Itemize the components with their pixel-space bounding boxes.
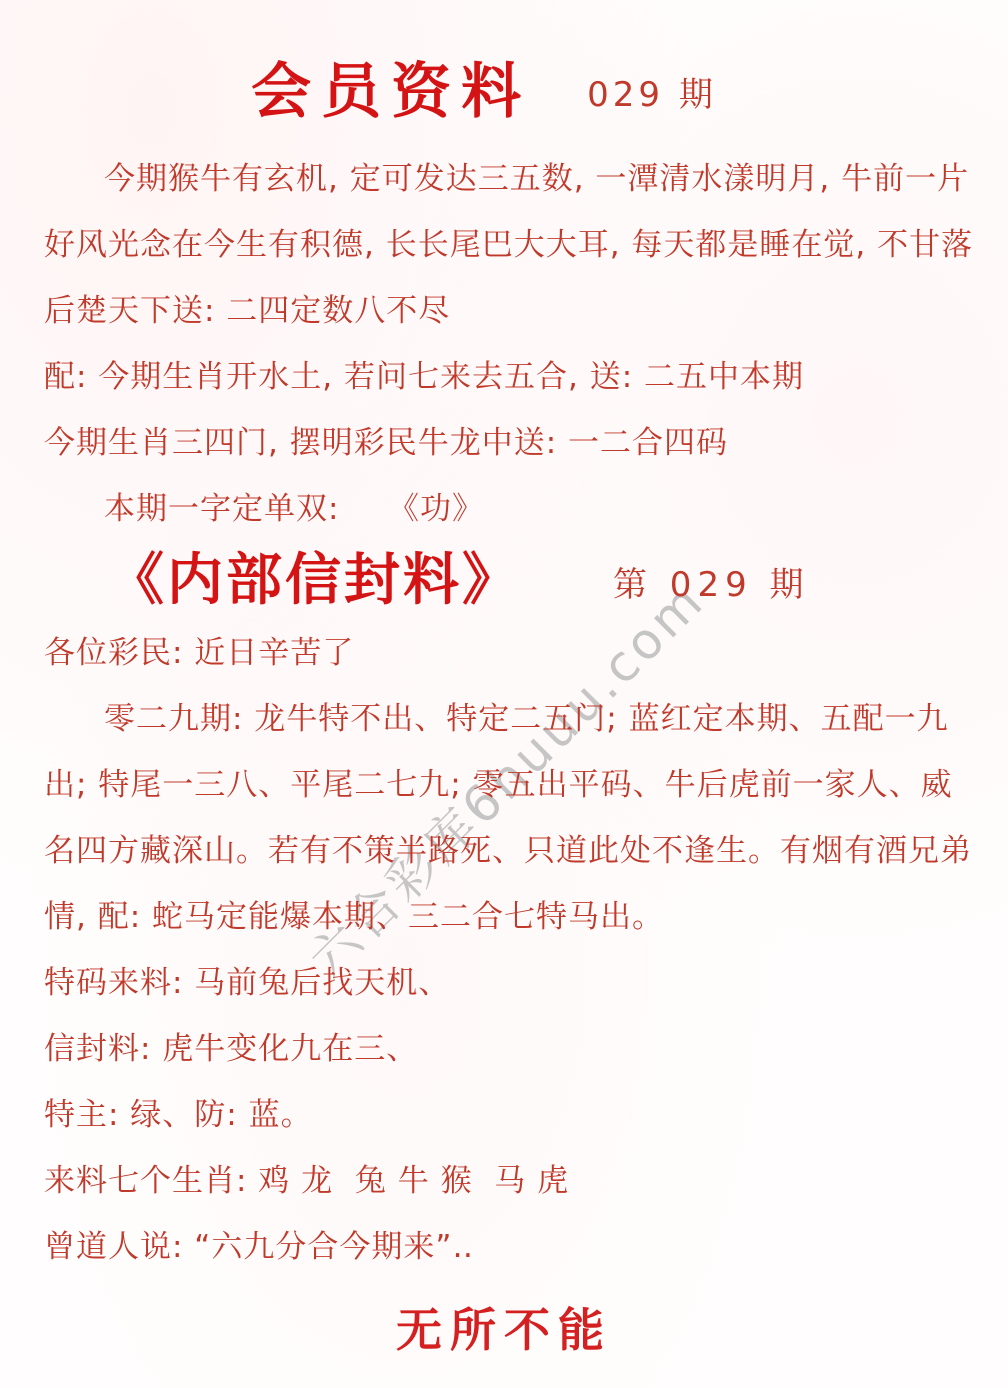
text-line: 配: 今期生肖开水土, 若问七来去五合, 送: 二五中本期: [44, 344, 964, 410]
text-line: 今期生肖三四门, 摆明彩民牛龙中送: 一二合四码: [44, 410, 964, 476]
zodiac-list-line: 来料七个生肖: 鸡 龙 兔 牛 猴 马 虎: [44, 1148, 964, 1214]
text-line: 后楚天下送: 二四定数八不尽: [44, 278, 964, 344]
quote-line: 曾道人说: “六九分合今期来”‥: [44, 1214, 964, 1280]
page-title: 会员资料: [251, 62, 531, 122]
special-code-line: 特码来料: 马前兔后找天机、: [44, 950, 964, 1016]
text-line: 名四方藏深山。若有不策半路死、只道此处不逢生。有烟有酒兄弟: [44, 818, 964, 884]
text-line: 好风光念在今生有积德, 长长尾巴大大耳, 每天都是睡在觉, 不甘落: [44, 212, 964, 278]
text-line: 零二九期: 龙牛特不出、特定二五门; 蓝红定本期、五配一九: [44, 686, 964, 752]
greeting-line: 各位彩民: 近日辛苦了: [44, 620, 964, 686]
envelope-title: 《内部信封料》: [108, 553, 521, 609]
envelope-header: 《内部信封料》 第 029 期: [44, 542, 964, 620]
issue-number: 029 期: [587, 67, 717, 116]
special-main-line: 特主: 绿、防: 蓝。: [44, 1082, 964, 1148]
member-body: 今期猴牛有玄机, 定可发达三五数, 一潭清水漾明月, 牛前一片 好风光念在今生有…: [0, 146, 1008, 1280]
envelope-info-line: 信封料: 虎牛变化九在三、: [44, 1016, 964, 1082]
text-line: 本期一字定单双: 《功》: [44, 476, 964, 542]
member-header: 会员资料 029 期: [0, 0, 988, 122]
text-line: 情, 配: 蛇马定能爆本期、三二合七特马出。: [44, 884, 964, 950]
envelope-issue-number: 第 029 期: [613, 557, 810, 606]
document-content: 会员资料 029 期 今期猴牛有玄机, 定可发达三五数, 一潭清水漾明月, 牛前…: [0, 0, 1008, 1360]
document-page: 六合彩库6huuu.com 会员资料 029 期 今期猴牛有玄机, 定可发达三五…: [0, 0, 1008, 1388]
footer-slogan: 无所不能: [0, 1294, 1008, 1360]
text-line: 今期猴牛有玄机, 定可发达三五数, 一潭清水漾明月, 牛前一片: [44, 146, 964, 212]
text-line: 出; 特尾一三八、平尾二七九; 零五出平码、牛后虎前一家人、威: [44, 752, 964, 818]
